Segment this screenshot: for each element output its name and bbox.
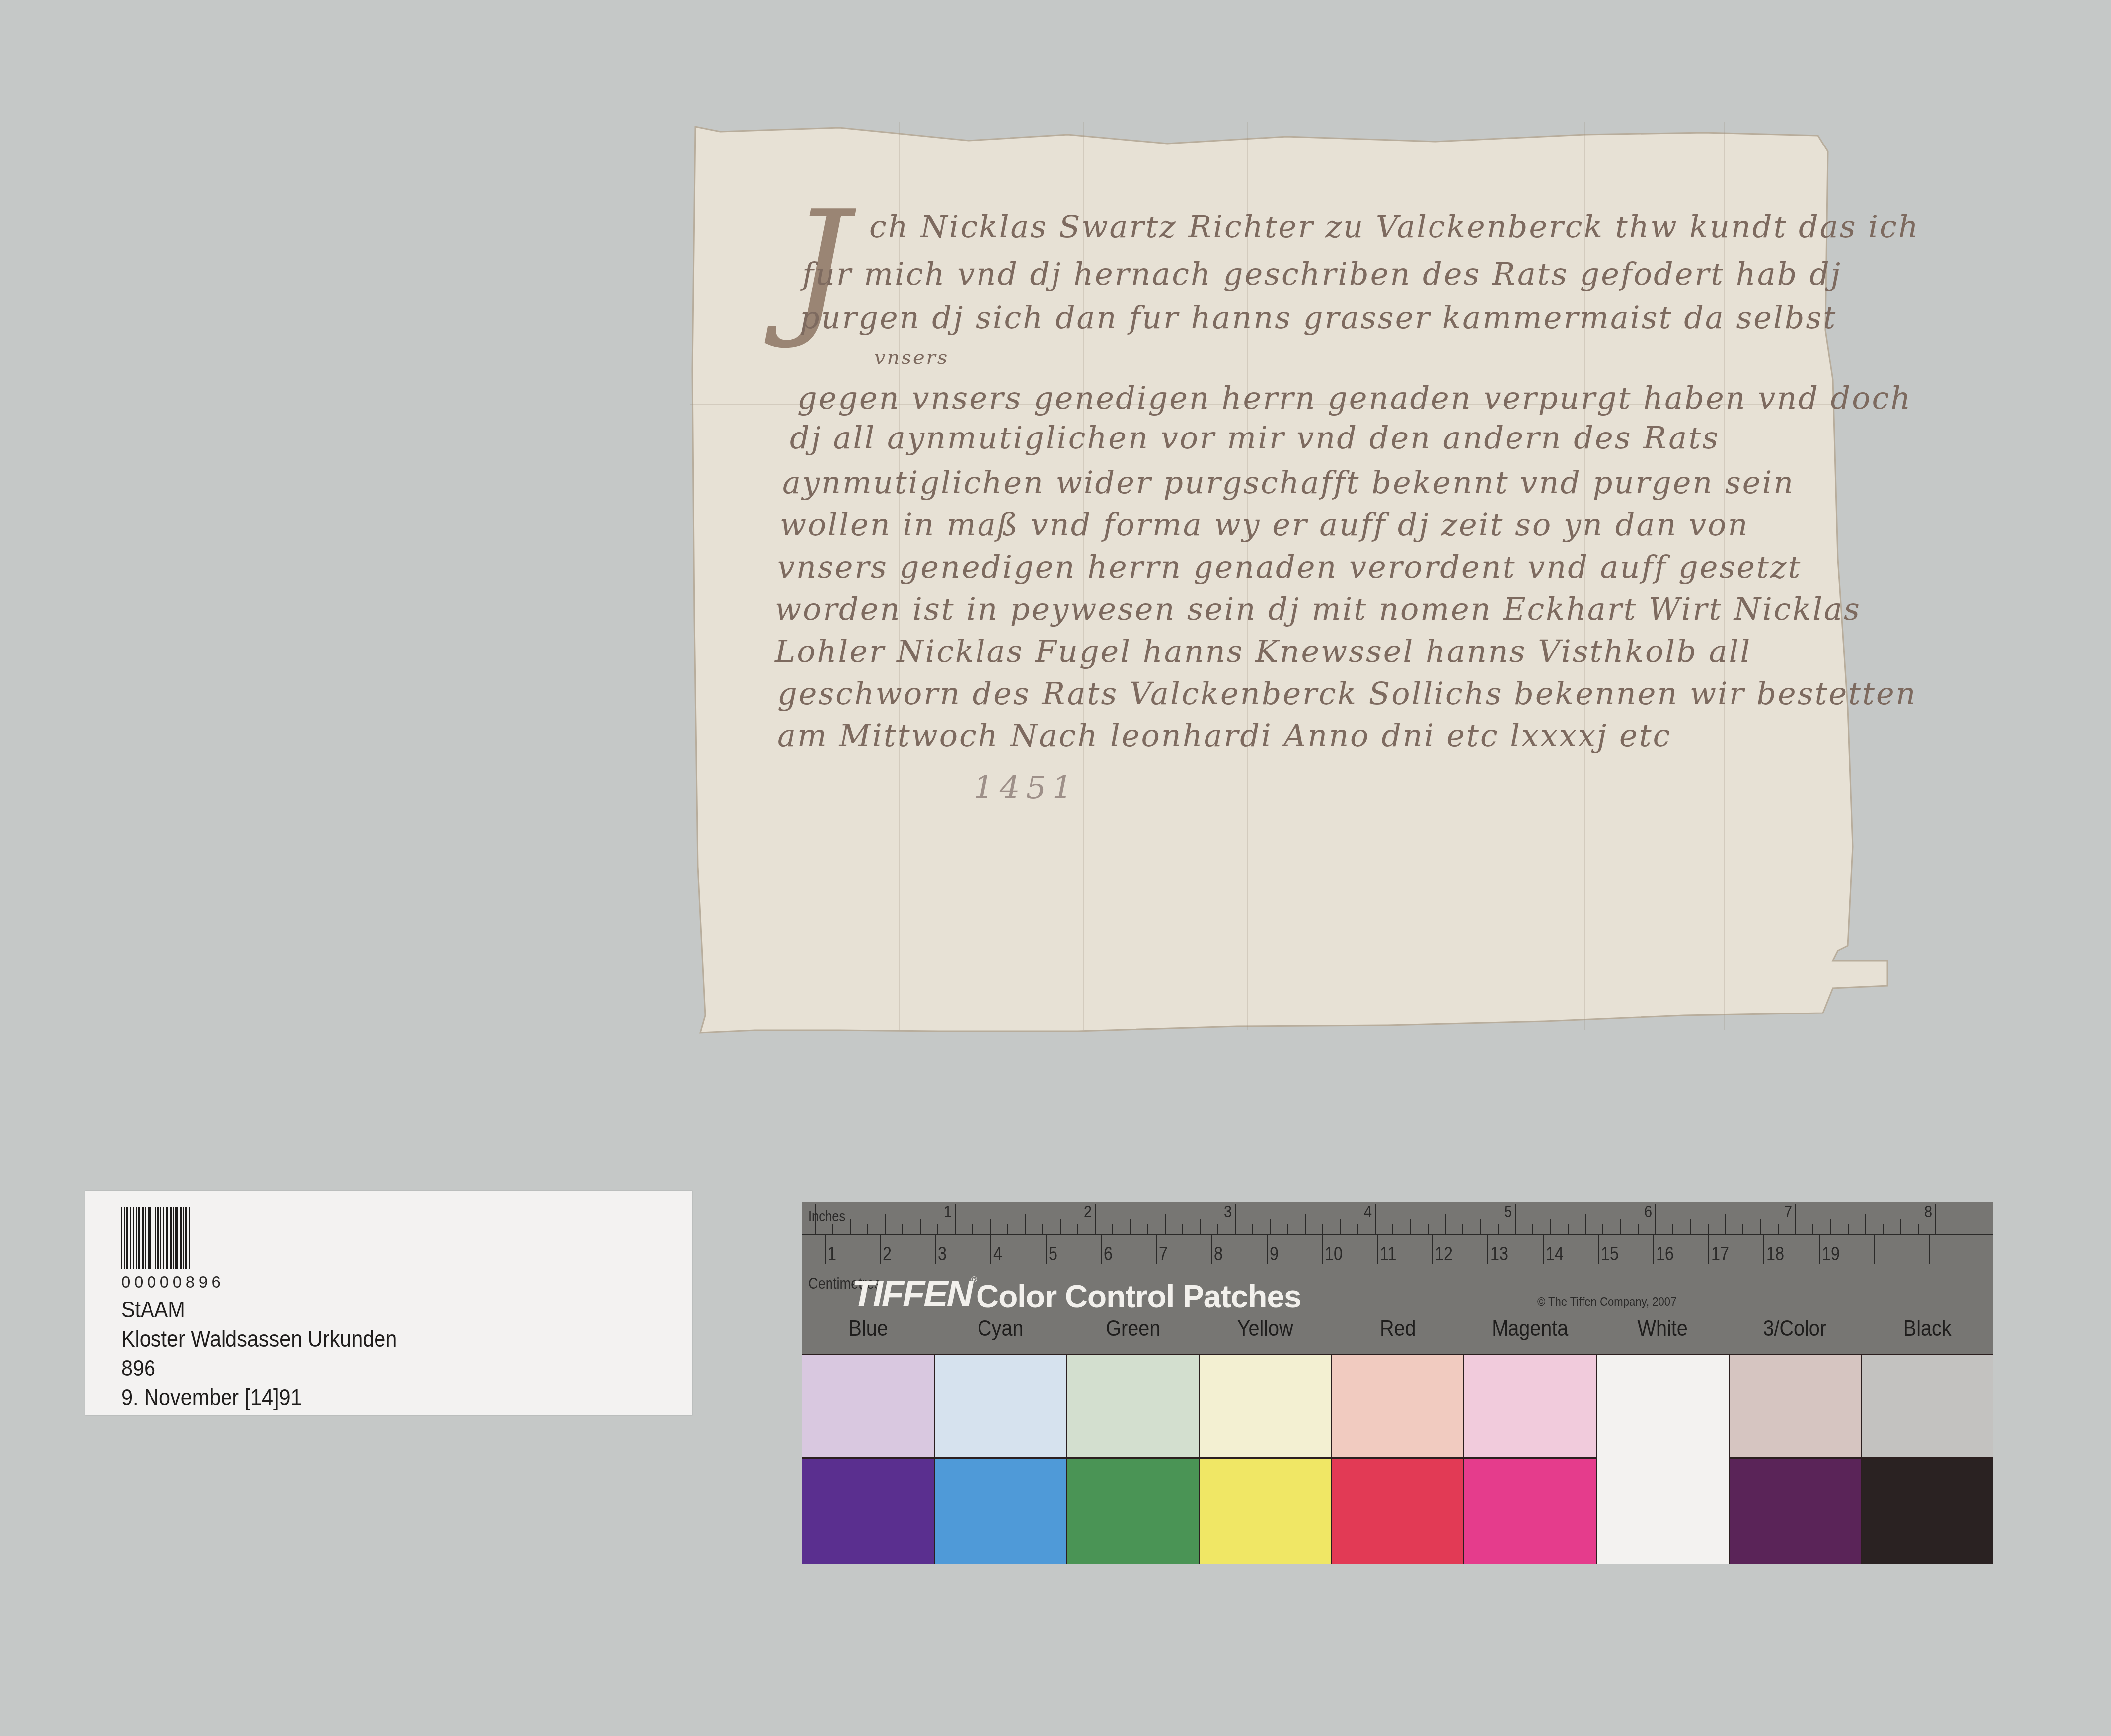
cm-tick xyxy=(1432,1234,1433,1264)
barcode-digit: 9 xyxy=(199,1273,208,1292)
patch-label-magenta: Magenta xyxy=(1471,1316,1590,1341)
cm-tick xyxy=(825,1234,826,1264)
dark-patch xyxy=(1200,1457,1331,1564)
cm-tick xyxy=(1156,1234,1157,1264)
patch-label-red: Red xyxy=(1338,1316,1457,1341)
inch-tick xyxy=(920,1219,921,1234)
inch-tick xyxy=(955,1204,956,1234)
cm-number: 10 xyxy=(1325,1244,1343,1265)
barcode xyxy=(121,1207,221,1269)
light-patch xyxy=(935,1355,1066,1457)
inch-tick xyxy=(1130,1219,1131,1234)
collection-name: Kloster Waldsassen Urkunden xyxy=(121,1324,397,1354)
inch-tick xyxy=(1498,1224,1499,1234)
cm-number: 5 xyxy=(1049,1244,1057,1265)
inch-tick xyxy=(1217,1224,1218,1234)
inch-tick xyxy=(1252,1224,1253,1234)
cm-number: 2 xyxy=(883,1244,892,1265)
inch-tick xyxy=(1708,1224,1709,1234)
cm-number: 4 xyxy=(993,1244,1002,1265)
light-patch xyxy=(1862,1355,1993,1457)
dark-patch xyxy=(1730,1457,1861,1564)
inch-tick xyxy=(1830,1219,1831,1234)
cm-tick xyxy=(1653,1234,1654,1264)
cm-number: 13 xyxy=(1490,1244,1508,1265)
inch-tick xyxy=(1007,1224,1008,1234)
light-patch xyxy=(1200,1355,1331,1457)
inch-tick xyxy=(1147,1224,1148,1234)
cm-number: 11 xyxy=(1380,1244,1397,1265)
patch-label-white: White xyxy=(1603,1316,1722,1341)
barcode-digit: 0 xyxy=(134,1273,143,1292)
inch-tick xyxy=(1375,1204,1376,1234)
cm-number: 9 xyxy=(1270,1244,1279,1265)
inch-number: 7 xyxy=(1784,1202,1792,1222)
inch-tick xyxy=(1392,1224,1393,1234)
inch-tick xyxy=(1515,1204,1516,1234)
inch-tick xyxy=(1025,1214,1026,1234)
inch-tick xyxy=(1585,1214,1586,1234)
cm-number: 3 xyxy=(938,1244,947,1265)
cm-tick xyxy=(1211,1234,1212,1264)
color-patches xyxy=(802,1354,1993,1564)
inch-tick xyxy=(1795,1204,1796,1234)
cm-tick xyxy=(1322,1234,1323,1264)
inch-tick xyxy=(1778,1224,1779,1234)
text-line: fur mich vnd dj hernach geschriben des R… xyxy=(802,256,1842,292)
inch-tick xyxy=(1340,1219,1341,1234)
inch-tick xyxy=(1462,1224,1463,1234)
inch-tick xyxy=(1848,1224,1849,1234)
patch-label-yellow: Yellow xyxy=(1206,1316,1325,1341)
inch-tick xyxy=(1568,1224,1569,1234)
patch-label-3-color: 3/Color xyxy=(1735,1316,1854,1341)
inch-tick xyxy=(1095,1204,1096,1234)
inch-tick xyxy=(1445,1214,1446,1234)
inch-tick xyxy=(1550,1219,1551,1234)
text-line: dj all aynmutiglichen vor mir vnd den an… xyxy=(790,420,1720,456)
inch-number: 5 xyxy=(1504,1202,1512,1222)
patch-column-black xyxy=(1862,1355,1993,1564)
cm-number: 12 xyxy=(1435,1244,1453,1265)
cm-tick xyxy=(1929,1234,1930,1264)
inch-tick xyxy=(1812,1224,1813,1234)
cm-tick xyxy=(935,1234,936,1264)
dark-patch xyxy=(1862,1457,1993,1564)
inch-tick xyxy=(1112,1224,1113,1234)
patch-column-blue xyxy=(802,1355,935,1564)
inch-tick xyxy=(1883,1224,1884,1234)
inch-tick xyxy=(1918,1224,1919,1234)
cm-number: 14 xyxy=(1546,1244,1564,1265)
patch-label-green: Green xyxy=(1073,1316,1193,1341)
inch-tick xyxy=(1357,1224,1358,1234)
barcode-bar xyxy=(189,1207,190,1269)
patch-label-black: Black xyxy=(1868,1316,1987,1341)
inch-tick xyxy=(1077,1224,1078,1234)
cm-number: 16 xyxy=(1656,1244,1674,1265)
text-line: vnsers genedigen herrn genaden verordent… xyxy=(777,549,1802,585)
cm-tick xyxy=(1763,1234,1764,1264)
text-line: worden ist in peywesen sein dj mit nomen… xyxy=(775,591,1861,627)
text-line: aynmutiglichen wider purgschafft bekennt… xyxy=(782,464,1795,501)
centimetre-ruler: 12345678910111213141516171819 xyxy=(802,1234,1993,1274)
light-patch xyxy=(1067,1355,1199,1457)
cm-tick xyxy=(1819,1234,1820,1264)
inch-tick xyxy=(1725,1214,1726,1234)
patch-labels: BlueCyanGreenYellowRedMagentaWhite3/Colo… xyxy=(802,1316,1993,1341)
barcode-digits: 00000896 xyxy=(121,1273,221,1292)
dark-patch xyxy=(1067,1457,1199,1564)
manuscript-document: J ch Nicklas Swartz Richter zu Valckenbe… xyxy=(690,122,1890,1035)
text-line: Lohler Nicklas Fugel hanns Knewssel hann… xyxy=(775,633,1751,669)
light-patch xyxy=(1332,1355,1464,1457)
cm-number: 19 xyxy=(1822,1244,1840,1265)
patch-column-white xyxy=(1597,1355,1730,1564)
barcode-digit: 6 xyxy=(212,1273,221,1292)
inch-tick xyxy=(1410,1219,1411,1234)
inch-number: 8 xyxy=(1924,1202,1932,1222)
tiffen-logo: TIFFEN xyxy=(852,1273,972,1315)
barcode-digit: 8 xyxy=(186,1273,195,1292)
cm-number: 15 xyxy=(1601,1244,1619,1265)
inch-tick xyxy=(1200,1219,1201,1234)
inch-tick xyxy=(867,1224,868,1234)
light-patch xyxy=(1730,1355,1861,1457)
dark-patch xyxy=(1332,1457,1464,1564)
inch-tick xyxy=(1480,1219,1481,1234)
inch-tick xyxy=(1270,1219,1271,1234)
cm-tick xyxy=(1267,1234,1268,1264)
patch-column-cyan xyxy=(935,1355,1067,1564)
inch-tick xyxy=(1935,1204,1936,1234)
text-line: ch Nicklas Swartz Richter zu Valckenberc… xyxy=(869,209,1920,245)
cm-tick xyxy=(1874,1234,1875,1264)
cm-number: 1 xyxy=(828,1244,836,1265)
text-line: am Mittwoch Nach leonhardi Anno dni etc … xyxy=(777,718,1671,754)
patch-label-cyan: Cyan xyxy=(941,1316,1060,1341)
barcode-digit: 0 xyxy=(147,1273,156,1292)
item-number: 896 xyxy=(121,1354,397,1383)
patch-label-blue: Blue xyxy=(809,1316,928,1341)
patch-column-magenta xyxy=(1464,1355,1597,1564)
archive-label-card: 00000896 StAAM Kloster Waldsassen Urkund… xyxy=(85,1191,692,1415)
inch-number: 3 xyxy=(1224,1202,1232,1222)
cm-tick xyxy=(1377,1234,1378,1264)
cm-tick xyxy=(1487,1234,1488,1264)
dark-patch xyxy=(935,1457,1066,1564)
inches-label: Inches xyxy=(808,1208,845,1225)
patch-column-3-color xyxy=(1730,1355,1862,1564)
inch-tick xyxy=(1322,1224,1323,1234)
inch-tick xyxy=(1620,1219,1621,1234)
dark-patch xyxy=(1464,1457,1596,1564)
inch-tick xyxy=(1182,1224,1183,1234)
cm-number: 18 xyxy=(1766,1244,1784,1265)
inch-number: 6 xyxy=(1644,1202,1652,1222)
inch-tick xyxy=(885,1214,886,1234)
cm-tick xyxy=(1046,1234,1047,1264)
text-line: geschworn des Rats Valckenberck Sollichs… xyxy=(777,675,1917,712)
inch-tick xyxy=(972,1224,973,1234)
inch-ruler: Inches 12345678 xyxy=(802,1202,1993,1235)
inch-tick xyxy=(1690,1219,1691,1234)
patch-column-yellow xyxy=(1200,1355,1332,1564)
dark-patch xyxy=(1597,1457,1729,1564)
inch-tick xyxy=(1287,1224,1288,1234)
inch-tick xyxy=(1760,1219,1761,1234)
cm-number: 8 xyxy=(1214,1244,1223,1265)
cm-tick xyxy=(1708,1234,1709,1264)
interlinear-insertion: vnsers xyxy=(874,346,949,369)
document-date: 9. November [14]91 xyxy=(121,1383,397,1412)
barcode-digit: 0 xyxy=(160,1273,169,1292)
cm-tick xyxy=(880,1234,881,1264)
patch-column-red xyxy=(1332,1355,1465,1564)
text-line: wollen in maß vnd forma wy er auff dj ze… xyxy=(780,506,1749,543)
inch-tick xyxy=(815,1204,816,1234)
inch-tick xyxy=(1602,1224,1603,1234)
cm-tick xyxy=(1543,1234,1544,1264)
chart-title: Color Control Patches xyxy=(976,1278,1301,1315)
cm-tick xyxy=(1598,1234,1599,1264)
chart-header-band: Inches 12345678 123456789101112131415161… xyxy=(802,1202,1993,1354)
color-control-chart: Inches 12345678 123456789101112131415161… xyxy=(802,1202,1993,1562)
inch-tick xyxy=(1900,1219,1901,1234)
text-line: gegen vnsers genedigen herrn genaden ver… xyxy=(797,380,1912,416)
inch-tick xyxy=(1060,1219,1061,1234)
copyright-notice: © The Tiffen Company, 2007 xyxy=(1537,1294,1676,1309)
inch-tick xyxy=(937,1224,938,1234)
inch-number: 1 xyxy=(944,1202,952,1222)
inch-tick xyxy=(1428,1224,1429,1234)
dark-patch xyxy=(802,1457,934,1564)
pencil-annotation: 1451 xyxy=(974,770,1078,806)
inch-tick xyxy=(1638,1224,1639,1234)
cm-number: 6 xyxy=(1104,1244,1113,1265)
inch-tick xyxy=(1865,1214,1866,1234)
cm-number: 7 xyxy=(1159,1244,1168,1265)
archive-name: StAAM xyxy=(121,1295,397,1324)
inch-tick xyxy=(1532,1224,1533,1234)
inch-tick xyxy=(1742,1224,1743,1234)
inch-tick xyxy=(902,1224,903,1234)
inch-tick xyxy=(1235,1204,1236,1234)
inch-tick xyxy=(832,1224,833,1234)
barcode-digit: 0 xyxy=(173,1273,182,1292)
barcode-digit: 0 xyxy=(121,1273,130,1292)
inch-tick xyxy=(1305,1214,1306,1234)
inch-tick xyxy=(1672,1224,1673,1234)
cm-tick xyxy=(1101,1234,1102,1264)
label-text: StAAM Kloster Waldsassen Urkunden 896 9.… xyxy=(121,1295,428,1412)
light-patch xyxy=(1597,1355,1729,1457)
light-patch xyxy=(1464,1355,1596,1457)
text-line: purgen dj sich dan fur hanns grasser kam… xyxy=(800,299,1837,336)
inch-tick xyxy=(1655,1204,1656,1234)
cm-tick xyxy=(990,1234,991,1264)
inch-tick xyxy=(1042,1224,1043,1234)
light-patch xyxy=(802,1355,934,1457)
inch-tick xyxy=(850,1219,851,1234)
inch-number: 4 xyxy=(1364,1202,1372,1222)
patch-column-green xyxy=(1067,1355,1200,1564)
cm-number: 17 xyxy=(1711,1244,1729,1265)
inch-tick xyxy=(1165,1214,1166,1234)
inch-tick xyxy=(990,1219,991,1234)
inch-number: 2 xyxy=(1084,1202,1092,1222)
